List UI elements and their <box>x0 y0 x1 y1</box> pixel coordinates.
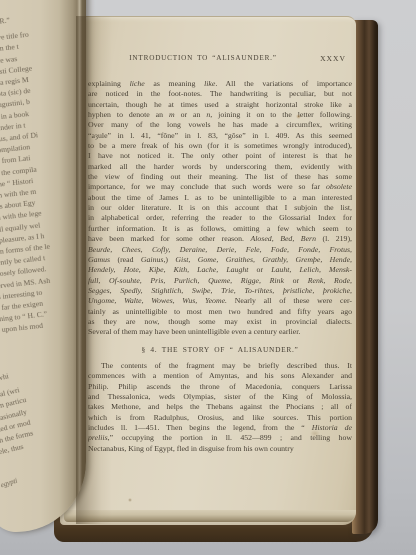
text-line: Ungome, Walte, Wowes, Wus, Yeome. Nearly… <box>88 296 352 306</box>
text-line: explaining liche as meaning like. All th… <box>88 79 352 89</box>
text-line: “aȝule” in l. 41, “fône” in l. 83, “gôse… <box>88 131 352 141</box>
left-page-text-upper: “ ALISAUNDER.”copied the above title fro… <box>0 4 86 338</box>
text-line: uncertain, though he at times used a str… <box>88 100 352 110</box>
text-line: which is from Radulphus, Orosius, and li… <box>88 413 352 423</box>
paragraph-2: The contents of the fragment may be brie… <box>88 361 352 454</box>
text-line: hyphen to denote an m or an n, joining i… <box>88 110 352 120</box>
text-line: about the time of James I. as to be unin… <box>88 193 352 203</box>
text-line: Over many of the long vowels he has made… <box>88 120 352 130</box>
paragraph-1: explaining liche as meaning like. All th… <box>88 79 352 338</box>
text-line: Philip. Philip ascends the throne of Mac… <box>88 382 352 392</box>
text-line: in alphabetical order, referring the rea… <box>88 213 352 223</box>
text-line: Nectanabus, King of Egypt, fled in disgu… <box>88 444 352 454</box>
text-line: Gamus (read Gainus,) Gist, Gome, Graithe… <box>88 255 352 265</box>
text-line: and Thessalonica, weds Olympias, sister … <box>88 392 352 402</box>
text-line: marked all the harder words by underscor… <box>88 162 352 172</box>
text-line: further information. It is as follows, o… <box>88 224 352 234</box>
text-line: importance, for we may conclude that suc… <box>88 182 352 192</box>
text-line: tainly as unintelligible to most men two… <box>88 307 352 317</box>
text-line: I have not noticed it. The only other po… <box>88 151 352 161</box>
text-line: full, Of-souhte, Pris, Purlich, Queme, R… <box>88 276 352 286</box>
text-line: preliis,” occupying the portion in ll. 4… <box>88 433 352 443</box>
page-stack-edges <box>64 510 356 522</box>
text-line: Beurde, Chees, Cofly, Deraine, Derie, Fe… <box>88 245 352 255</box>
text-line: in our older literature. It is on this a… <box>88 203 352 213</box>
text-line: are noticed in the foot-notes. The handw… <box>88 89 352 99</box>
text-line: Hendely, Hote, Kiþe, Kith, Lache, Laught… <box>88 265 352 275</box>
text-line: Several of them may have been unintellig… <box>88 327 352 337</box>
text-line: Segges, Spedly, Stightlich, Swiþe, Trie,… <box>88 286 352 296</box>
text-line: to be a mere freak of his own (for it is… <box>88 141 352 151</box>
left-page-text-lower: lone it upon the whibroad his original (… <box>0 348 86 465</box>
running-head: INTRODUCTION TO “ALISAUNDER.” XXXV <box>88 54 352 68</box>
text-line: have been marked for some other reason. … <box>88 234 352 244</box>
left-page-curled: “ ALISAUNDER.”copied the above title fro… <box>0 0 86 532</box>
page-number: XXXV <box>320 54 346 63</box>
text-line: commences with a mention of Amyntas, and… <box>88 371 352 381</box>
text-line: The contents of the fragment may be brie… <box>88 361 352 371</box>
section-heading: § 4. THE STORY OF “ ALISAUNDER.” <box>88 345 352 355</box>
text-line: the view of finding out their meaning. T… <box>88 172 352 182</box>
text-line: takes Methone, and helps the Thebans aga… <box>88 402 352 412</box>
text-line: as they are now, though some may exist i… <box>88 317 352 327</box>
page-content: INTRODUCTION TO “ALISAUNDER.” XXXV expla… <box>88 54 352 494</box>
running-title: INTRODUCTION TO “ALISAUNDER.” <box>88 54 318 62</box>
text-line: includes ll. 1—451. Then begins the lege… <box>88 423 352 433</box>
